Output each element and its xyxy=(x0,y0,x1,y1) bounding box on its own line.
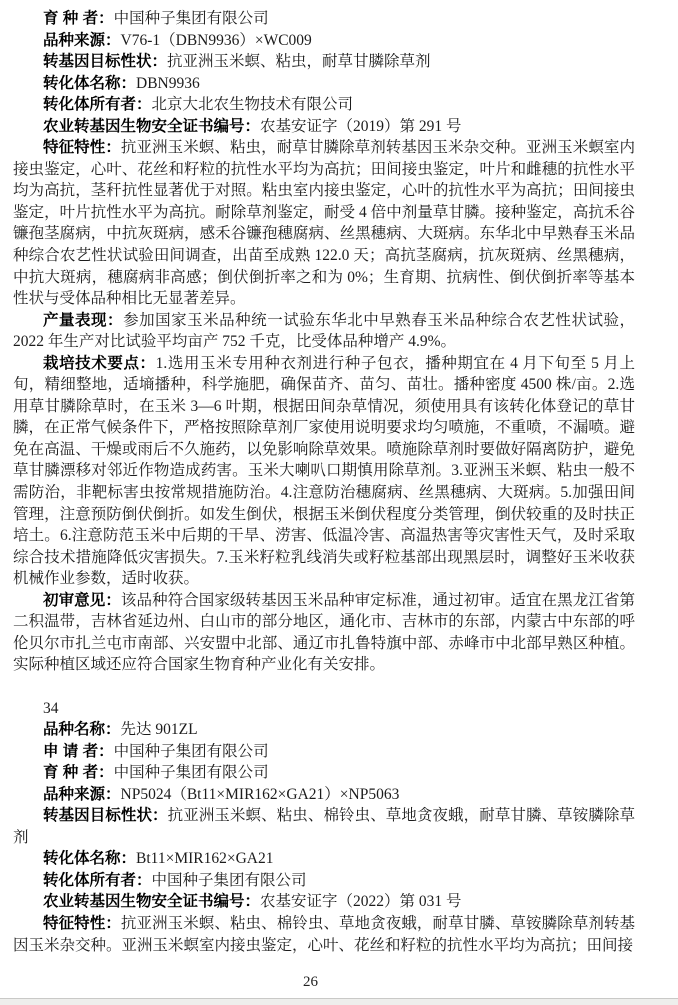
field-value: 抗亚洲玉米螟、粘虫，耐草甘膦除草剂 xyxy=(167,53,431,70)
field-value: V76-1（DBN9936）×WC009 xyxy=(121,32,312,49)
field-value: 农基安证字（2019）第 291 号 xyxy=(260,118,462,135)
window-bottom-edge xyxy=(0,998,678,1005)
field-label: 育 种 者： xyxy=(43,764,114,781)
paragraph-yield-performance: 产量表现：参加国家玉米品种统一试验东华北中早熟春玉米品种综合农艺性状试验，202… xyxy=(13,310,635,353)
field-label: 品种来源： xyxy=(43,786,121,803)
field-label: 转基因目标性状： xyxy=(43,53,167,70)
field-value: 北京大北农生物技术有限公司 xyxy=(152,96,354,113)
field-value: 中国种子集团有限公司 xyxy=(114,764,269,781)
field-event-name: 转化体名称：DBN9936 xyxy=(13,73,635,95)
document-page: 育 种 者：中国种子集团有限公司 品种来源：V76-1（DBN9936）×WC0… xyxy=(13,8,635,956)
paragraph-label: 特征特性： xyxy=(43,139,121,156)
field-label: 品种名称： xyxy=(43,721,121,738)
paragraph-label: 栽培技术要点： xyxy=(43,355,156,372)
field-label: 转基因目标性状： xyxy=(43,807,168,824)
field-label: 转化体所有者： xyxy=(43,96,152,113)
paragraph-characteristics: 特征特性：抗亚洲玉米螟、粘虫，耐草甘膦除草剂转基因玉米杂交种。亚洲玉米螟室内接虫… xyxy=(13,137,635,309)
field-label: 申 请 者： xyxy=(43,743,114,760)
field-value: Bt11×MIR162×GA21 xyxy=(136,850,273,867)
paragraph-preliminary-review-opinion: 初审意见：该品种符合国家级转基因玉米品种审定标准，通过初审。适宜在黑龙江省第二积… xyxy=(13,590,635,676)
field-event-owner: 转化体所有者：北京大北农生物技术有限公司 xyxy=(13,94,635,116)
field-applicant: 申 请 者：中国种子集团有限公司 xyxy=(13,741,635,763)
field-value: 先达 901ZL xyxy=(121,721,198,738)
variety-entry-2: 34 品种名称：先达 901ZL 申 请 者：中国种子集团有限公司 育 种 者：… xyxy=(13,698,635,957)
field-event-owner: 转化体所有者：中国种子集团有限公司 xyxy=(13,870,635,892)
paragraph-label: 初审意见： xyxy=(43,592,121,609)
field-label: 育 种 者： xyxy=(43,10,114,27)
field-label: 转化体名称： xyxy=(43,850,136,867)
field-value: 中国种子集团有限公司 xyxy=(114,10,269,27)
field-variety-source: 品种来源：NP5024（Bt11×MIR162×GA21）×NP5063 xyxy=(13,784,635,806)
page-number: 26 xyxy=(303,972,318,993)
entry-number: 34 xyxy=(13,698,635,720)
paragraph-text: 抗亚洲玉米螟、粘虫，耐草甘膦除草剂转基因玉米杂交种。亚洲玉米螟室内接虫鉴定，心叶… xyxy=(13,139,635,307)
field-label: 农业转基因生物安全证书编号： xyxy=(43,118,260,135)
field-breeder: 育 种 者：中国种子集团有限公司 xyxy=(13,762,635,784)
field-breeder: 育 种 者：中国种子集团有限公司 xyxy=(13,8,635,30)
field-value: 中国种子集团有限公司 xyxy=(152,872,307,889)
paragraph-characteristics: 特征特性：抗亚洲玉米螟、粘虫、棉铃虫、草地贪夜蛾，耐草甘膦、草铵膦除草剂转基因玉… xyxy=(13,913,635,956)
field-variety-name: 品种名称：先达 901ZL xyxy=(13,719,635,741)
field-variety-source: 品种来源：V76-1（DBN9936）×WC009 xyxy=(13,30,635,52)
field-value: NP5024（Bt11×MIR162×GA21）×NP5063 xyxy=(121,786,400,803)
field-value: DBN9936 xyxy=(136,75,200,92)
field-label: 转化体所有者： xyxy=(43,872,152,889)
paragraph-cultivation-techniques: 栽培技术要点：1.选用玉米专用种衣剂进行种子包衣，播种期宜在 4 月下旬至 5 … xyxy=(13,353,635,590)
field-gm-target-trait: 转基因目标性状：抗亚洲玉米螟、粘虫、棉铃虫、草地贪夜蛾，耐草甘膦、草铵膦除草剂 xyxy=(13,805,635,848)
paragraph-label: 特征特性： xyxy=(43,915,121,932)
field-label: 品种来源： xyxy=(43,32,121,49)
page-footer: 26 xyxy=(13,972,608,993)
field-value: 农基安证字（2022）第 031 号 xyxy=(260,893,462,910)
field-event-name: 转化体名称：Bt11×MIR162×GA21 xyxy=(13,848,635,870)
field-label: 农业转基因生物安全证书编号： xyxy=(43,893,260,910)
field-label: 转化体名称： xyxy=(43,75,136,92)
paragraph-text: 1.选用玉米专用种衣剂进行种子包衣，播种期宜在 4 月下旬至 5 月上旬，精细整… xyxy=(13,355,635,587)
field-biosafety-cert-no: 农业转基因生物安全证书编号：农基安证字（2019）第 291 号 xyxy=(13,116,635,138)
field-value: 中国种子集团有限公司 xyxy=(114,743,269,760)
field-biosafety-cert-no: 农业转基因生物安全证书编号：农基安证字（2022）第 031 号 xyxy=(13,891,635,913)
paragraph-label: 产量表现： xyxy=(43,312,123,329)
variety-entry-1: 育 种 者：中国种子集团有限公司 品种来源：V76-1（DBN9936）×WC0… xyxy=(13,8,635,676)
field-gm-target-trait: 转基因目标性状：抗亚洲玉米螟、粘虫，耐草甘膦除草剂 xyxy=(13,51,635,73)
blank-line xyxy=(13,676,635,698)
